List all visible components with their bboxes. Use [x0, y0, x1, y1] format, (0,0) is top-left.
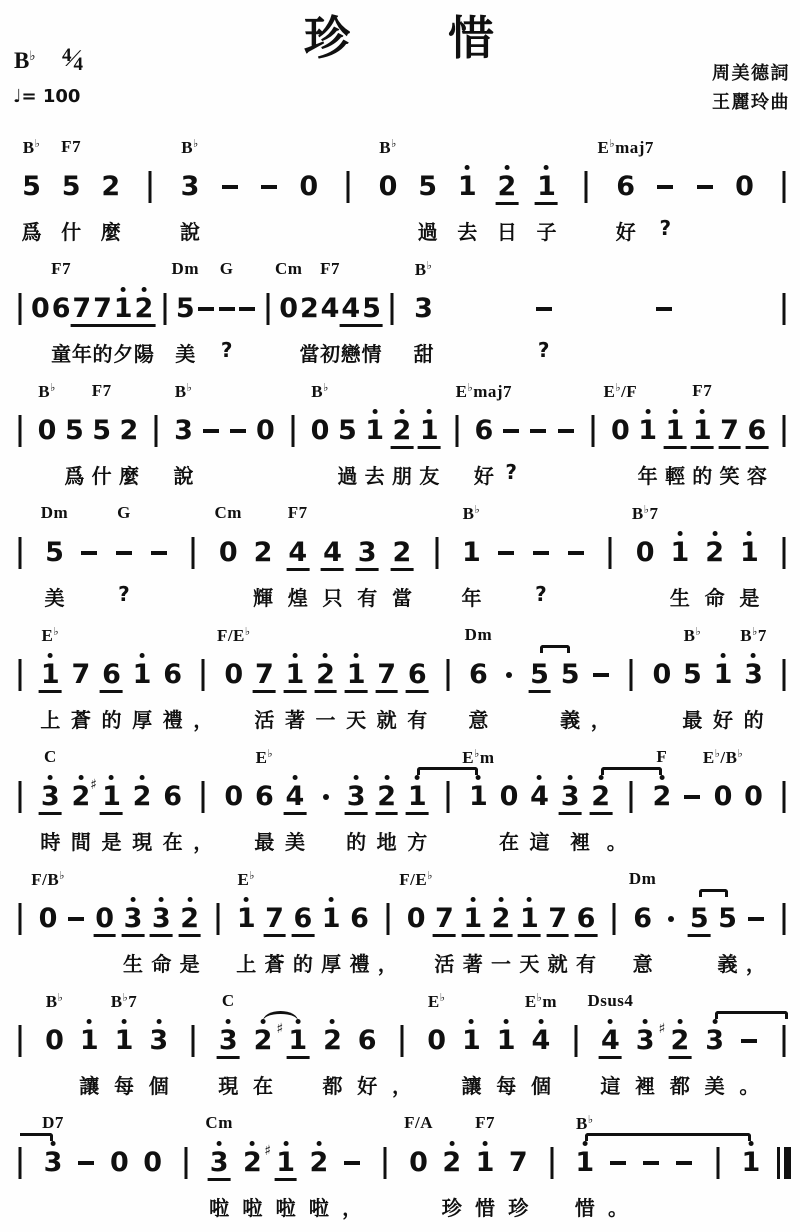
octave-dot: [328, 287, 333, 292]
lyric-char: 就: [377, 704, 397, 733]
octave-dot: [203, 287, 208, 292]
note-digit: 1: [669, 538, 692, 568]
note-digit: 1: [535, 172, 558, 202]
note: 4: [530, 1019, 553, 1056]
octave-dot: [629, 775, 634, 780]
octave-dot: [350, 1141, 355, 1146]
barline-stroke: [18, 415, 21, 447]
note: 6: [745, 409, 768, 449]
barline: [17, 531, 22, 568]
note: 5: [688, 897, 711, 937]
octave-dot: [266, 287, 271, 292]
barline: [612, 897, 617, 934]
note-digit: 0: [254, 416, 277, 446]
barline: [782, 287, 787, 324]
octave-dot: [17, 653, 22, 658]
note-digit: 2: [703, 538, 726, 568]
chord-label: G: [117, 503, 131, 523]
note: 6: [631, 897, 654, 934]
lyric-char: 有: [576, 948, 596, 977]
barline-stroke: [783, 293, 786, 325]
lyric-char: 在: [163, 826, 183, 855]
note: 6: [291, 897, 314, 937]
octave-dot: [17, 409, 22, 414]
chord-label: F7: [475, 1113, 495, 1133]
note: 3: [742, 653, 765, 690]
note: 2: [495, 165, 518, 205]
barline: [782, 531, 787, 568]
note: 1: [345, 653, 368, 693]
note: 2: [131, 775, 154, 812]
note: 7: [375, 653, 398, 693]
octave-dot: [245, 287, 250, 292]
octave-dot: [608, 531, 613, 536]
note-digit: 1: [113, 1026, 136, 1056]
note-digit: 5: [20, 172, 43, 202]
octave-dot: [661, 287, 666, 292]
dot-glyph: [506, 672, 512, 678]
note: 4: [599, 1019, 622, 1059]
note: 1: [131, 653, 154, 690]
lyric-char: ?: [660, 216, 672, 240]
note-digit: 6: [575, 904, 598, 934]
sheet-music-page: 珍 惜 B♭ 4⁄4 ♩= 100 周美德詞 王麗玲曲 B♭F7B♭B♭E♭ma…: [0, 0, 800, 1232]
note-digit: 0: [733, 172, 756, 202]
note-digit: 1: [406, 782, 429, 812]
octave-dot: [295, 531, 300, 536]
lyric-char: 的: [346, 826, 366, 855]
octave-dot: [126, 409, 131, 414]
score-line: B♭F7B♭B♭E♭maj7E♭/FF7055230051216011176爲什…: [8, 380, 792, 502]
barline: [591, 409, 596, 446]
rest-note: 0: [634, 531, 657, 568]
note: 4: [321, 531, 344, 571]
octave-dot: [236, 409, 241, 414]
chord-label: E♭: [256, 747, 274, 768]
lyric-char: 讓: [461, 1070, 481, 1099]
octave-dot: [591, 409, 596, 414]
octave-dot: [747, 1019, 752, 1024]
note-digit: 2: [314, 660, 337, 690]
duration-dash: [344, 1141, 360, 1178]
sharp-sign: ♯: [659, 1021, 666, 1037]
octave-dot: [29, 165, 34, 170]
lyric-char: 的: [692, 460, 712, 489]
barline: [183, 1141, 188, 1178]
octave-dot: [442, 897, 447, 902]
note-digit: 2: [131, 782, 154, 812]
dash-stroke: [151, 551, 167, 555]
chord-label: F7: [320, 259, 340, 279]
octave-dot: [399, 1019, 404, 1024]
note: 1: [740, 1141, 763, 1178]
barline-stroke: [716, 1147, 719, 1179]
note-digit: 1: [495, 1026, 518, 1056]
lyric-char: 方: [407, 826, 427, 855]
note: 3: [39, 775, 62, 815]
note: 6: [575, 897, 598, 937]
note-digit: 4: [599, 1026, 622, 1056]
note-digit: 7: [433, 904, 456, 934]
lyric-char: 年: [638, 460, 658, 489]
note-digit: 1: [691, 416, 714, 446]
tie-bracket: [715, 1011, 788, 1019]
octave-dot: [544, 165, 549, 170]
note: 3: [42, 1141, 65, 1178]
dash-stroke: [676, 1161, 692, 1165]
octave-dot: [226, 1019, 231, 1024]
note-digit: 7: [70, 660, 93, 690]
duration-dash: [219, 287, 235, 324]
lyric-char: 笑: [720, 460, 740, 489]
note-digit: 1: [460, 1026, 483, 1056]
barline: [445, 653, 450, 690]
rest-note: 0: [29, 287, 52, 324]
octave-dot: [78, 653, 83, 658]
note: 5: [528, 653, 551, 693]
rest-note: 0: [650, 653, 673, 690]
final-barline-strokes: [777, 1147, 791, 1179]
octave-dot: [215, 897, 220, 902]
rest-note: 0: [297, 165, 320, 202]
note-digit: 2: [298, 294, 321, 324]
augmentation-dot: [668, 897, 674, 934]
octave-dot: [170, 775, 175, 780]
octave-dot: [121, 1019, 126, 1024]
lyric-char: 只: [322, 582, 342, 611]
barline: [17, 287, 22, 324]
octave-dot: [87, 1019, 92, 1024]
chord-label: C: [222, 991, 235, 1011]
dash-stroke: [222, 185, 238, 189]
dash-stroke: [536, 307, 552, 311]
lyric-char: 著: [463, 948, 483, 977]
note: 4: [319, 287, 342, 324]
note-digit: 0: [377, 172, 400, 202]
barline: [390, 287, 395, 324]
note-digit: 2: [252, 1026, 275, 1056]
note: 5: [336, 409, 359, 446]
barline-stroke: [630, 659, 633, 691]
note-digit: 1: [573, 1148, 596, 1178]
octave-dot: [541, 287, 546, 292]
note: 3: [356, 531, 379, 571]
chord-label: B♭: [379, 137, 397, 158]
note: 3: [345, 775, 368, 815]
chord-label: Cm: [275, 259, 302, 279]
lyric-char: 上: [40, 704, 60, 733]
note: 7: [433, 897, 456, 937]
score-line: B♭F7B♭B♭E♭maj7552300512160爲什麼說過去日子好?: [8, 136, 792, 258]
dot-glyph: [668, 916, 674, 922]
note-digit: 6: [467, 660, 490, 690]
dash-stroke: [610, 1161, 626, 1165]
octave-dot: [74, 897, 79, 902]
note: 5: [716, 897, 739, 934]
chord-label: E♭m: [462, 747, 494, 768]
duration-dash: [230, 409, 246, 446]
octave-dot: [618, 409, 623, 414]
octave-dot: [292, 775, 297, 780]
note: 7: [253, 653, 276, 693]
lyric-char: 一: [316, 704, 336, 733]
octave-dot: [187, 897, 192, 902]
lyric-char: ，: [193, 826, 213, 855]
octave-dot: [84, 1141, 89, 1146]
note-digit: 6: [406, 660, 429, 690]
note: ♯1: [286, 1019, 309, 1059]
lyric-char: 這: [530, 826, 550, 855]
barline-stroke: [267, 293, 270, 325]
octave-dot: [117, 1141, 122, 1146]
note: 7: [507, 1141, 530, 1178]
lyric-char: 好: [713, 704, 733, 733]
octave-dot: [38, 287, 43, 292]
octave-dot: [425, 165, 430, 170]
barline-stroke: [592, 415, 595, 447]
dash-stroke: [116, 551, 132, 555]
octave-dot: [72, 409, 77, 414]
note: 3: [208, 1141, 231, 1181]
octave-dot: [295, 1019, 300, 1024]
lyric-char: 是: [739, 582, 759, 611]
lyric-char: 是: [180, 948, 200, 977]
note: 6: [253, 775, 276, 812]
octave-dot: [612, 897, 617, 902]
lyric-char: 。: [608, 1192, 628, 1221]
dash-stroke: [203, 429, 219, 433]
barline-stroke: [18, 293, 21, 325]
chord-label: E♭maj7: [456, 381, 512, 402]
note: 3: [703, 1019, 726, 1056]
barline: [162, 287, 167, 324]
chord-label: E♭maj7: [598, 137, 654, 158]
lyric-char: 的: [293, 948, 313, 977]
octave-dot: [208, 409, 213, 414]
barline-stroke: [163, 293, 166, 325]
note: 5: [63, 409, 86, 446]
lyric-char: 啦: [309, 1192, 329, 1221]
note: 6: [348, 897, 371, 934]
octave-dot: [17, 287, 22, 292]
note: 1: [39, 653, 62, 693]
note-digit: 4: [530, 1026, 553, 1056]
barline: [17, 409, 22, 446]
chord-label: G: [220, 259, 234, 279]
note-digit: 1: [284, 660, 307, 690]
octave-dot: [584, 165, 589, 170]
octave-dot: [415, 653, 420, 658]
octave-dot: [573, 531, 578, 536]
lyric-char: 活: [434, 948, 454, 977]
note: 2: [178, 897, 201, 937]
lyric-char: 現: [132, 826, 152, 855]
octave-dot: [148, 165, 153, 170]
octave-dot: [727, 409, 732, 414]
lyric-char: ?: [505, 460, 517, 484]
note: 2: [132, 287, 155, 327]
augmentation-dot: [323, 775, 329, 812]
octave-dot: [316, 1141, 321, 1146]
octave-dot: [329, 897, 334, 902]
note-digit: 1: [460, 538, 483, 568]
barline-stroke: [18, 659, 21, 691]
lyric-char: 的: [93, 338, 113, 367]
note-digit: 0: [650, 660, 673, 690]
rest-note: 0: [277, 287, 300, 324]
note-digit: 1: [418, 416, 441, 446]
note: 5: [43, 531, 66, 568]
note: 7: [70, 653, 93, 690]
note-digit: 3: [179, 172, 202, 202]
chord-label: B♭: [181, 137, 199, 158]
note: 3: [634, 1019, 657, 1056]
octave-dot: [102, 897, 107, 902]
octave-dot: [100, 287, 105, 292]
dash-stroke: [684, 795, 700, 799]
note: 1: [320, 897, 343, 934]
octave-dot: [573, 1019, 578, 1024]
octave-dot: [109, 775, 114, 780]
note: 2: [307, 1141, 330, 1178]
dash-stroke: [741, 1039, 757, 1043]
octave-dot: [415, 775, 420, 780]
lyric-char: 陽: [134, 338, 154, 367]
octave-dot: [682, 1141, 687, 1146]
note: 2: [391, 531, 414, 571]
lyric-char: ?: [221, 338, 233, 362]
barline: [782, 653, 787, 690]
note: 1: [461, 897, 484, 937]
note-digit: 2: [490, 904, 513, 934]
lyric-char: 天: [519, 948, 539, 977]
note: 1: [535, 165, 558, 205]
note-digit: 7: [91, 294, 114, 324]
note: 2: [118, 409, 141, 446]
barline: [715, 1141, 720, 1178]
note: 3: [150, 897, 173, 937]
octave-dot: [629, 653, 634, 658]
lyric-char: 禮: [349, 948, 369, 977]
octave-dot: [217, 1141, 222, 1146]
note: 2: [703, 531, 726, 568]
lyric-char: 去: [457, 216, 477, 245]
lyric-char: 說: [174, 460, 194, 489]
octave-dot: [516, 1141, 521, 1146]
barline: [782, 165, 787, 202]
octave-dot: [454, 409, 459, 414]
barline-stroke: [783, 1025, 786, 1057]
barline: [782, 409, 787, 446]
octave-dot: [262, 775, 267, 780]
chord-label: Cm: [214, 503, 241, 523]
octave-dot: [640, 897, 645, 902]
note-digit: 3: [208, 1148, 231, 1178]
lyric-char: 初: [320, 338, 340, 367]
note-digit: 0: [405, 904, 428, 934]
duration-dash: [81, 531, 97, 568]
note: 1: [467, 775, 490, 812]
octave-dot: [330, 531, 335, 536]
note: 2: [70, 775, 93, 812]
chord-label: B♭7: [740, 625, 767, 646]
octave-dot: [715, 1141, 720, 1146]
note-digit: 0: [277, 294, 300, 324]
chord-label: F7: [61, 137, 81, 157]
sharp-sign: ♯: [264, 1143, 271, 1159]
octave-dot: [481, 409, 486, 414]
lyric-char: 活: [254, 704, 274, 733]
octave-dot: [434, 531, 439, 536]
octave-dot: [191, 1019, 196, 1024]
tie-bracket: [417, 767, 478, 775]
sharp-sign: ♯: [90, 777, 97, 793]
octave-dot: [504, 1019, 509, 1024]
chord-label: B♭: [23, 137, 41, 158]
note-digit: 3: [356, 538, 379, 568]
octave-dot: [231, 653, 236, 658]
duration-dash: [261, 165, 277, 202]
chord-label: B♭: [684, 625, 702, 646]
chord-label: B♭: [576, 1113, 594, 1134]
dash-stroke: [748, 917, 764, 921]
octave-dot: [549, 1141, 554, 1146]
octave-dot: [509, 409, 514, 414]
barline-stroke: [202, 659, 205, 691]
octave-dot: [201, 653, 206, 658]
note: 7: [70, 287, 93, 327]
duration-dash: [222, 165, 238, 202]
note-digit: 3: [742, 660, 765, 690]
octave-dot: [465, 165, 470, 170]
lyric-char: 時: [40, 826, 60, 855]
octave-dot: [555, 897, 560, 902]
barline: [148, 165, 153, 202]
tie-bracket: [601, 767, 662, 775]
octave-dot: [414, 897, 419, 902]
dash-stroke: [503, 429, 519, 433]
octave-dot: [476, 653, 481, 658]
note-digit: 2: [440, 1148, 463, 1178]
note-digit: 4: [339, 294, 362, 324]
note-digit: 5: [90, 416, 113, 446]
note: 6: [161, 775, 184, 812]
octave-dot: [48, 653, 53, 658]
octave-dot: [46, 897, 51, 902]
note-digit: 4: [284, 782, 307, 812]
note: 1: [691, 409, 714, 449]
lyric-char: ，: [193, 704, 213, 733]
octave-dot: [712, 1019, 717, 1024]
lyric-char: 在: [253, 1070, 273, 1099]
octave-dot: [537, 775, 542, 780]
note-digit: 6: [614, 172, 637, 202]
dash-stroke: [643, 1161, 659, 1165]
dash-stroke: [198, 307, 214, 311]
note: 2: [440, 1141, 463, 1178]
barline-stroke: [783, 537, 786, 569]
octave-dot: [748, 1141, 753, 1146]
note-digit: 1: [740, 1148, 763, 1178]
lyric-char: 輝: [253, 582, 273, 611]
note: 1: [112, 287, 135, 327]
barline: [383, 1141, 388, 1178]
note-digit: 5: [716, 904, 739, 934]
octave-dot: [318, 409, 323, 414]
octave-dot: [357, 897, 362, 902]
octave-dot: [742, 165, 747, 170]
octave-dot: [725, 897, 730, 902]
